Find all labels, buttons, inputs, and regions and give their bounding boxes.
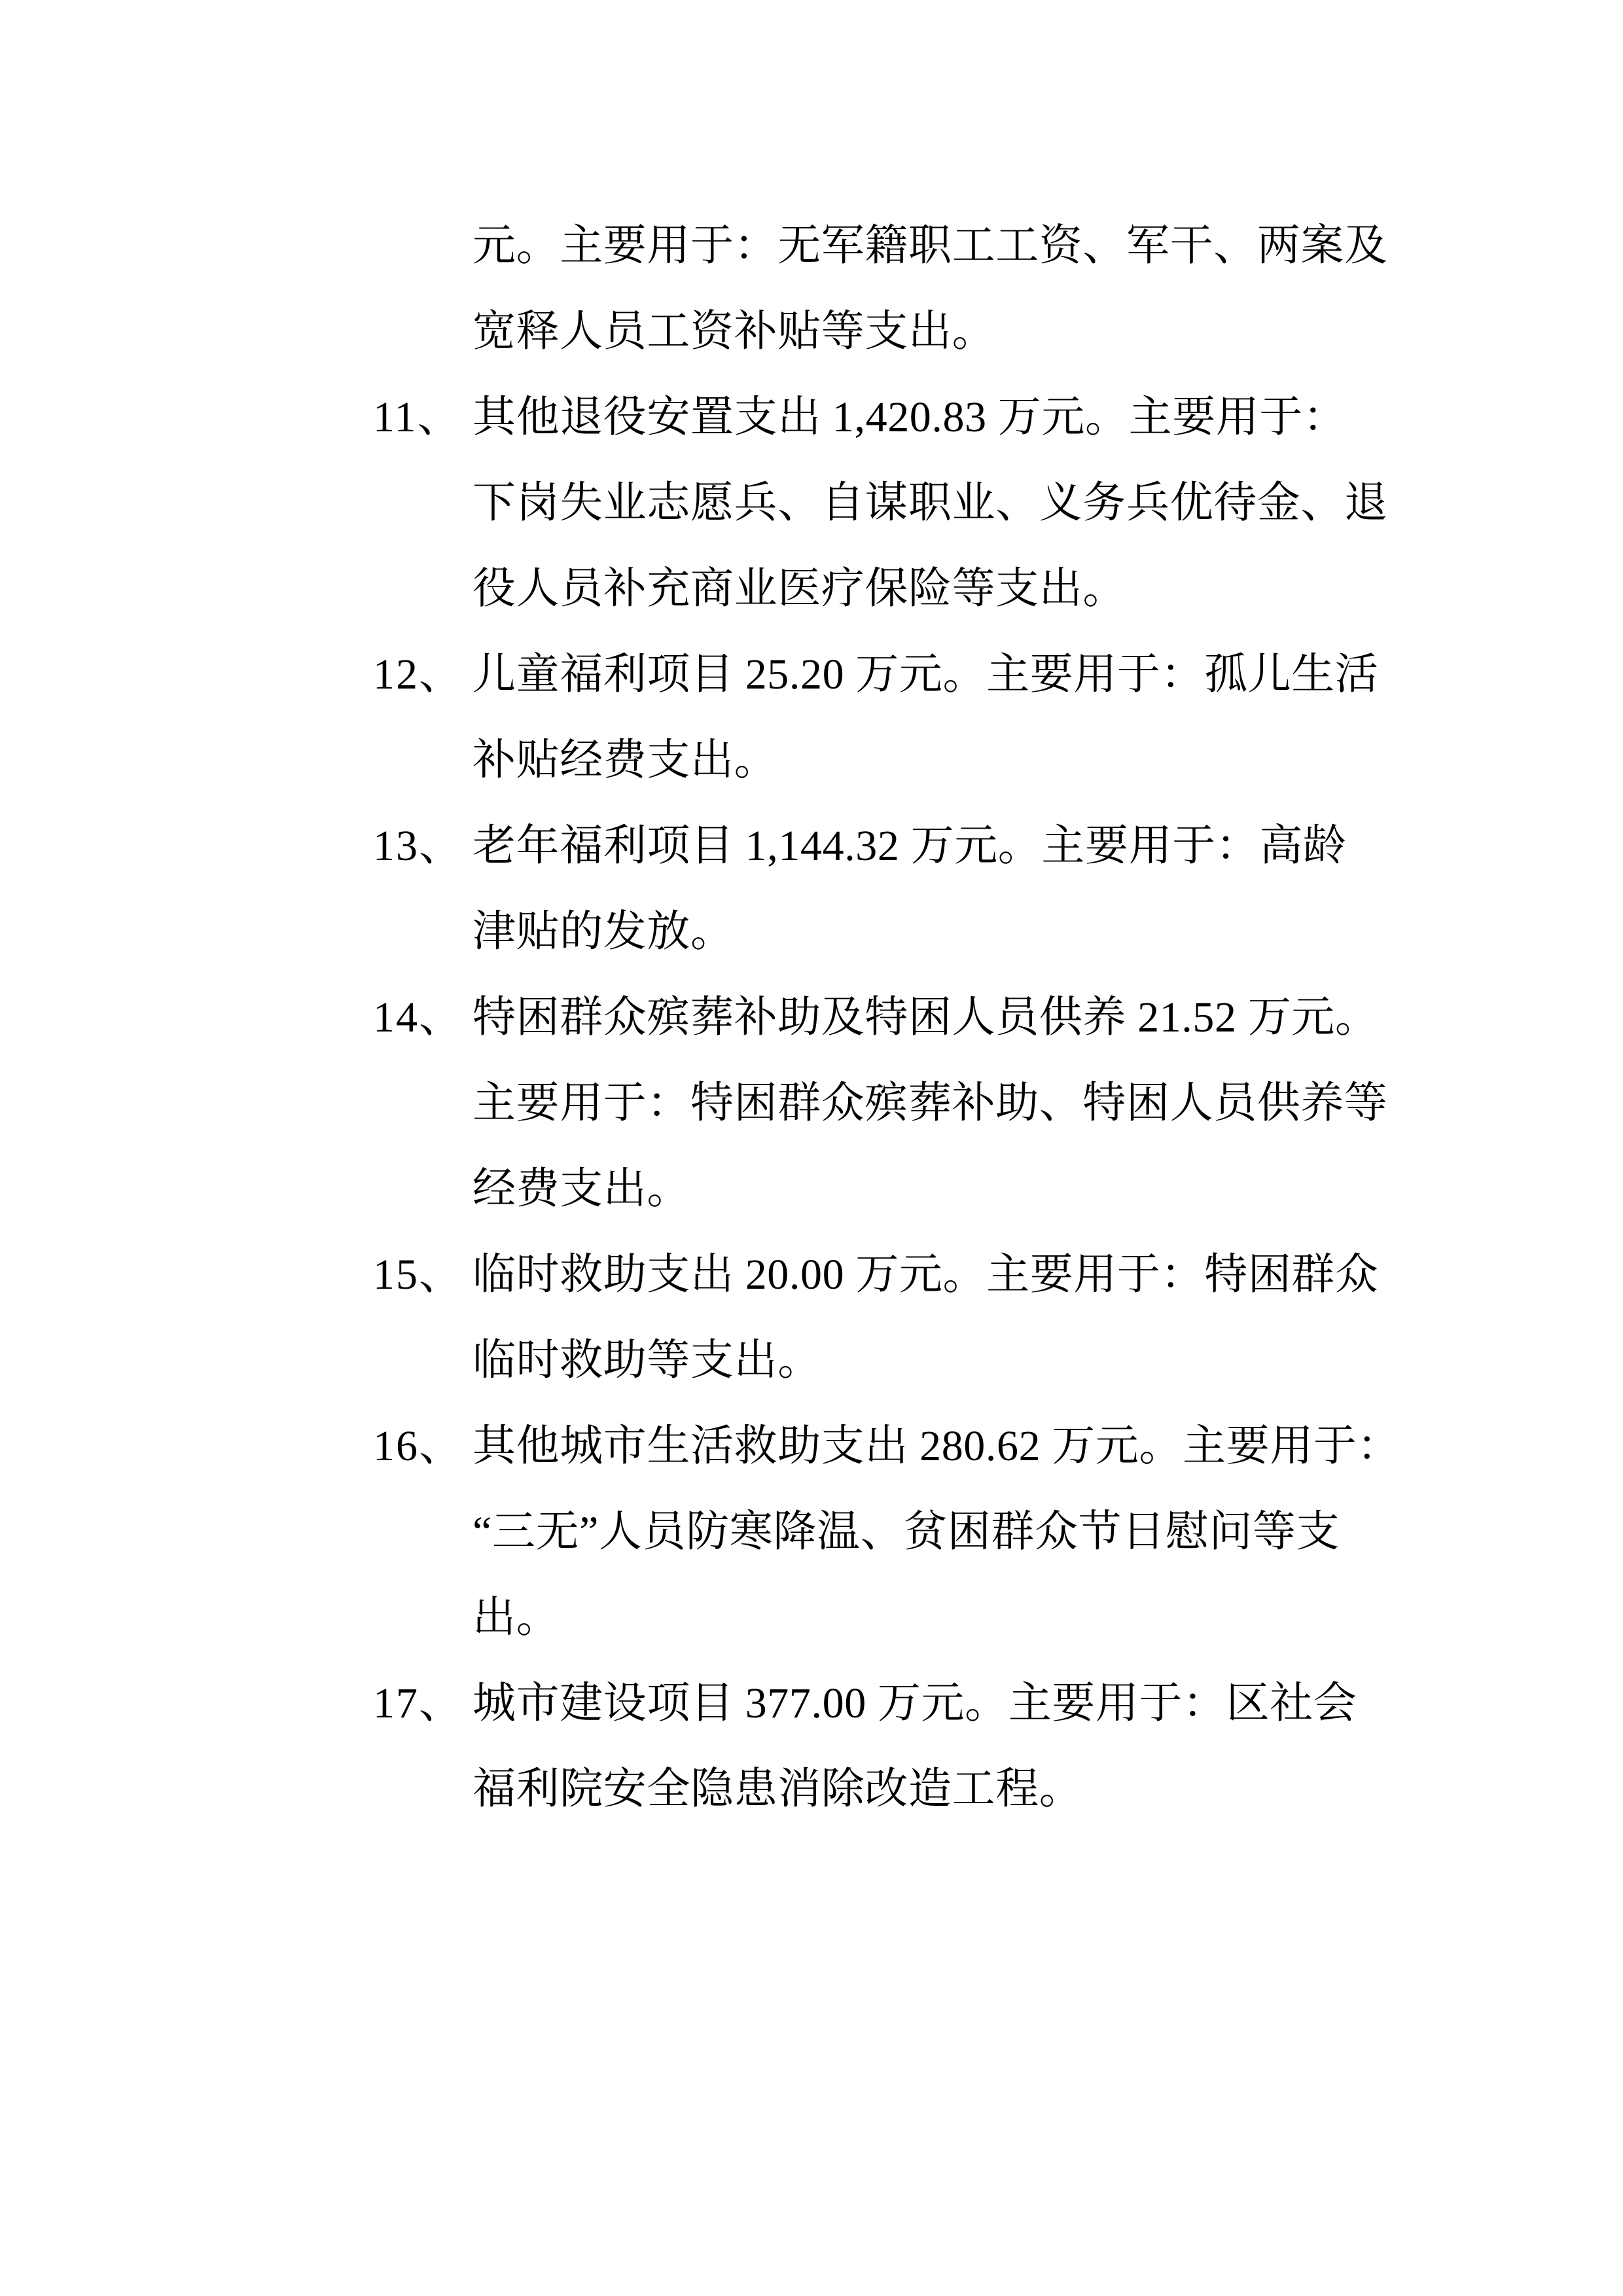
- item-number: 16、: [373, 1403, 473, 1489]
- paragraph-continuation: 元。主要用于：无军籍职工工资、军干、两案及 宽释人员工资补贴等支出。: [373, 203, 1433, 374]
- item-text: 其他城市生活救助支出 280.62 万元。主要用于： “三无”人员防寒降温、贫困…: [473, 1422, 1400, 1641]
- item-number: 17、: [373, 1660, 473, 1746]
- item-text: 临时救助支出 20.00 万元。主要用于：特困群众 临时救助等支出。: [473, 1251, 1379, 1384]
- item-text: 其他退役安置支出 1,420.83 万元。主要用于： 下岗失业志愿兵、自谋职业、…: [473, 393, 1388, 613]
- item-number: 14、: [373, 975, 473, 1060]
- item-text: 城市建设项目 377.00 万元。主要用于：区社会 福利院安全隐患消除改造工程。: [473, 1679, 1357, 1813]
- list-item-11: 11、其他退役安置支出 1,420.83 万元。主要用于： 下岗失业志愿兵、自谋…: [373, 374, 1433, 632]
- page-background: 元。主要用于：无军籍职工工资、军干、两案及 宽释人员工资补贴等支出。 11、其他…: [0, 0, 1623, 2296]
- item-number: 13、: [373, 803, 473, 889]
- list-item-16: 16、其他城市生活救助支出 280.62 万元。主要用于： “三无”人员防寒降温…: [373, 1403, 1433, 1660]
- list-item-14: 14、特困群众殡葬补助及特困人员供养 21.52 万元。 主要用于：特困群众殡葬…: [373, 975, 1433, 1232]
- document-text-block: 元。主要用于：无军籍职工工资、军干、两案及 宽释人员工资补贴等支出。 11、其他…: [373, 203, 1433, 1832]
- document-page: { "document": { "continuation": { "lines…: [0, 0, 1623, 2296]
- list-item-15: 15、临时救助支出 20.00 万元。主要用于：特困群众 临时救助等支出。: [373, 1232, 1433, 1403]
- list-item-12: 12、儿童福利项目 25.20 万元。主要用于：孤儿生活 补贴经费支出。: [373, 632, 1433, 803]
- list-item-17: 17、城市建设项目 377.00 万元。主要用于：区社会 福利院安全隐患消除改造…: [373, 1660, 1433, 1832]
- continuation-text: 元。主要用于：无军籍职工工资、军干、两案及 宽释人员工资补贴等支出。: [473, 222, 1388, 355]
- item-number: 12、: [373, 632, 473, 717]
- item-number: 11、: [373, 374, 473, 460]
- list-item-13: 13、老年福利项目 1,144.32 万元。主要用于：高龄 津贴的发放。: [373, 803, 1433, 975]
- item-text: 老年福利项目 1,144.32 万元。主要用于：高龄 津贴的发放。: [473, 822, 1347, 956]
- item-text: 儿童福利项目 25.20 万元。主要用于：孤儿生活 补贴经费支出。: [473, 651, 1379, 784]
- item-text: 特困群众殡葬补助及特困人员供养 21.52 万元。 主要用于：特困群众殡葬补助、…: [473, 994, 1388, 1213]
- item-number: 15、: [373, 1232, 473, 1318]
